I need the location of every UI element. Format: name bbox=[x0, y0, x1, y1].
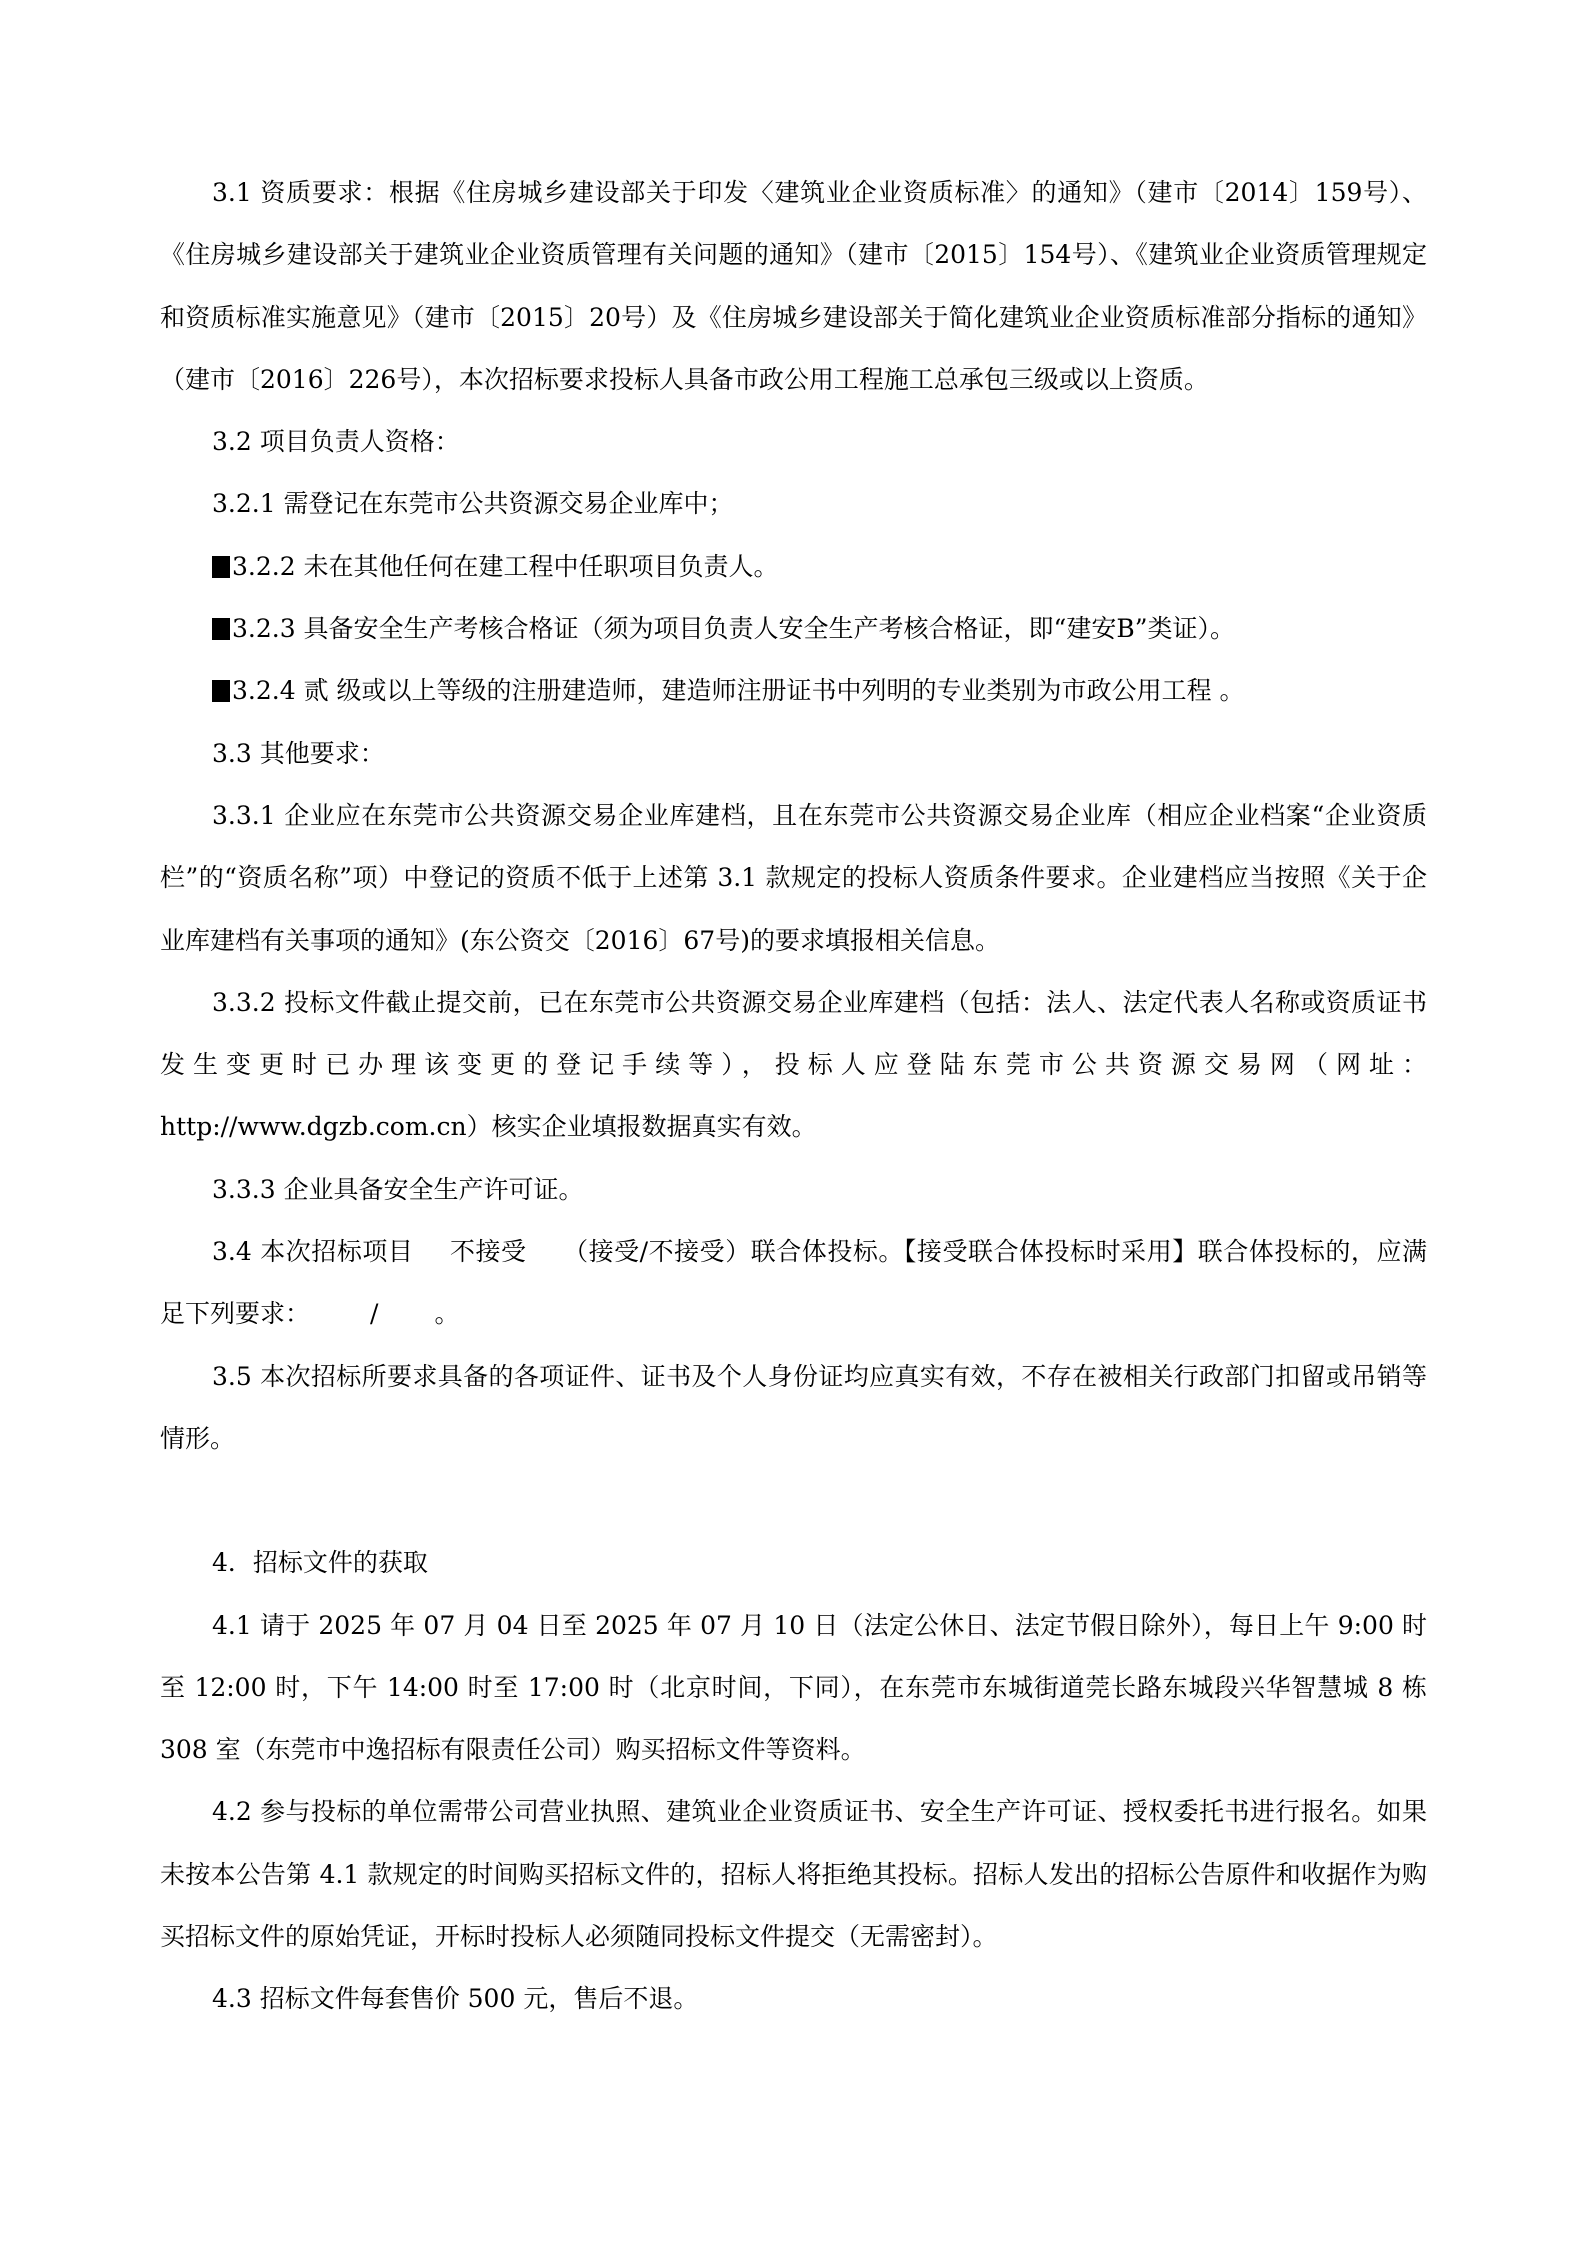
section-3-2-4: 3.2.4 贰 级或以上等级的注册建造师，建造师注册证书中列明的专业类别为市政公… bbox=[160, 660, 1427, 722]
section-3-2-4-text: 级或以上等级的注册建造师，建造师注册证书中列明的专业类别为 bbox=[337, 676, 1062, 705]
checkbox-checked-icon bbox=[212, 680, 230, 702]
period: 。 bbox=[434, 1299, 459, 1328]
consortium-requirements: / bbox=[370, 1299, 378, 1328]
section-3-4-prefix: 3.4 本次招标项目 bbox=[212, 1237, 413, 1266]
section-3-2-4-prefix: 3.2.4 bbox=[232, 676, 296, 705]
section-3-3-3: 3.3.3 企业具备安全生产许可证。 bbox=[160, 1159, 1427, 1221]
section-4-3-price: 4.3 招标文件每套售价 500 元，售后不退。 bbox=[160, 1968, 1427, 2030]
section-3-2-2: 3.2.2 未在其他任何在建工程中任职项目负责人。 bbox=[160, 536, 1427, 598]
section-3-2-1: 3.2.1 需登记在东莞市公共资源交易企业库中； bbox=[160, 473, 1427, 535]
blank-line bbox=[160, 1470, 1427, 1532]
section-3-4-consortium: 3.4 本次招标项目不接受（接受/不接受）联合体投标。【接受联合体投标时采用】联… bbox=[160, 1221, 1427, 1346]
checkbox-checked-icon bbox=[212, 556, 230, 578]
section-4-2-registration: 4.2 参与投标的单位需带公司营业执照、建筑业企业资质证书、安全生产许可证、授权… bbox=[160, 1781, 1427, 1968]
document-page: 3.1 资质要求：根据《住房城乡建设部关于印发〈建筑业企业资质标准〉的通知》（建… bbox=[160, 162, 1427, 2031]
registered-constructor-grade: 贰 bbox=[304, 676, 329, 705]
registered-specialty: 市政公用工程 bbox=[1062, 676, 1212, 705]
section-3-2-2-text: 3.2.2 未在其他任何在建工程中任职项目负责人。 bbox=[232, 552, 779, 581]
section-4-heading: 4．招标文件的获取 bbox=[160, 1532, 1427, 1594]
consortium-choice: 不接受 bbox=[449, 1237, 526, 1266]
section-3-3-heading: 3.3 其他要求： bbox=[160, 723, 1427, 785]
section-3-2-heading: 3.2 项目负责人资格： bbox=[160, 411, 1427, 473]
checkbox-checked-icon bbox=[212, 618, 230, 640]
section-3-3-1: 3.3.1 企业应在东莞市公共资源交易企业库建档，且在东莞市公共资源交易企业库（… bbox=[160, 785, 1427, 972]
section-4-1-purchase-period: 4.1 请于 2025 年 07 月 04 日至 2025 年 07 月 10 … bbox=[160, 1595, 1427, 1782]
section-3-5: 3.5 本次招标所要求具备的各项证件、证书及个人身份证均应真实有效，不存在被相关… bbox=[160, 1346, 1427, 1471]
section-3-1-qualification: 3.1 资质要求：根据《住房城乡建设部关于印发〈建筑业企业资质标准〉的通知》（建… bbox=[160, 162, 1427, 411]
section-3-2-3-text: 3.2.3 具备安全生产考核合格证（须为项目负责人安全生产考核合格证，即“建安B… bbox=[232, 614, 1235, 643]
section-3-2-3: 3.2.3 具备安全生产考核合格证（须为项目负责人安全生产考核合格证，即“建安B… bbox=[160, 598, 1427, 660]
period: 。 bbox=[1220, 676, 1245, 705]
section-3-3-2: 3.3.2 投标文件截止提交前，已在东莞市公共资源交易企业库建档（包括：法人、法… bbox=[160, 972, 1427, 1159]
